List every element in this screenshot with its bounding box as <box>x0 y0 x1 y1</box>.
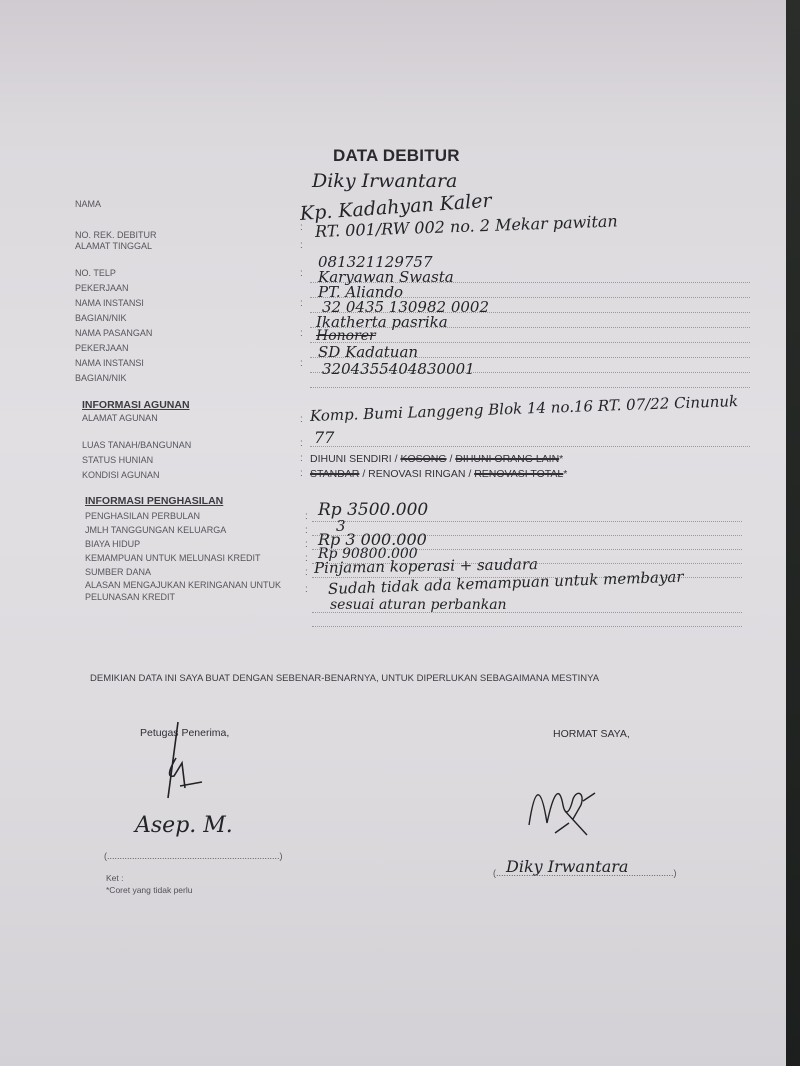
pekerjaan-pasangan-value: Honorer <box>316 328 376 344</box>
label-alamat: ALAMAT TINGGAL <box>75 241 152 251</box>
colon: : <box>305 539 308 550</box>
label-penghasilan-perbulan: PENGHASILAN PERBULAN <box>85 511 200 521</box>
nik-pasangan-value: 3204355404830001 <box>322 360 475 378</box>
label-kemampuan: KEMAMPUAN UNTUK MELUNASI KREDIT <box>85 553 261 563</box>
background-edge <box>786 0 800 1066</box>
colon: : <box>305 511 308 522</box>
label-nama-instansi: NAMA INSTANSI <box>75 298 144 308</box>
dotted-line <box>310 387 750 388</box>
colon: : <box>305 584 308 595</box>
colon: : <box>300 358 303 369</box>
colon: : <box>305 525 308 536</box>
dotted-line <box>310 446 750 447</box>
label-instansi-pasangan: NAMA INSTANSI <box>75 358 144 368</box>
option-dihuni-sendiri: DIHUNI SENDIRI <box>310 453 392 465</box>
section-informasi-agunan: INFORMASI AGUNAN <box>82 399 190 411</box>
colon: : <box>300 468 303 479</box>
debitur-name: Diky Irwantara <box>506 857 628 876</box>
label-kondisi-agunan: KONDISI AGUNAN <box>82 470 160 480</box>
petugas-name-line: (.......................................… <box>104 851 283 861</box>
colon: : <box>300 328 303 339</box>
label-alasan-2: PELUNASAN KREDIT <box>85 592 175 602</box>
label-pekerjaan: PEKERJAAN <box>75 283 129 293</box>
ket-label: Ket : <box>106 873 123 883</box>
label-luas: LUAS TANAH/BANGUNAN <box>82 440 191 450</box>
document-title: DATA DEBITUR <box>333 146 460 166</box>
status-hunian-options: DIHUNI SENDIRI / KOSONG / DIHUNI ORANG L… <box>310 453 563 465</box>
dotted-line <box>312 521 742 522</box>
option-standar: STANDAR <box>310 468 359 480</box>
colon: : <box>300 414 303 425</box>
colon: : <box>300 298 303 309</box>
option-kosong: KOSONG <box>400 453 446 465</box>
petugas-name: Asep. M. <box>135 813 233 838</box>
label-bagian-nik: BAGIAN/NIK <box>75 313 127 323</box>
colon: : <box>300 438 303 449</box>
statement-text: DEMIKIAN DATA INI SAYA BUAT DENGAN SEBEN… <box>90 673 599 684</box>
label-nik-pasangan: BAGIAN/NIK <box>75 373 127 383</box>
option-renovasi-ringan: RENOVASI RINGAN <box>368 468 465 480</box>
penghasilan-value: Rp 3500.000 <box>318 500 428 520</box>
debitur-signature <box>525 775 615 840</box>
nama-value: Diky Irwantara <box>312 170 457 192</box>
label-biaya-hidup: BIAYA HIDUP <box>85 539 140 549</box>
luas-value: 77 <box>314 428 334 447</box>
petugas-signature <box>150 718 220 808</box>
footnote-text: *Coret yang tidak perlu <box>106 885 192 895</box>
label-sumber-dana: SUMBER DANA <box>85 567 151 577</box>
alasan-value-line2: sesuai aturan perbankan <box>330 597 507 613</box>
colon: : <box>300 453 303 464</box>
kondisi-agunan-options: STANDAR / RENOVASI RINGAN / RENOVASI TOT… <box>310 468 567 480</box>
option-renovasi-total: RENOVASI TOTAL <box>474 468 563 480</box>
colon: : <box>300 240 303 251</box>
label-tanggungan: JMLH TANGGUNGAN KELUARGA <box>85 525 226 535</box>
dotted-line <box>312 626 742 627</box>
colon: : <box>305 553 308 564</box>
colon: : <box>300 268 303 279</box>
label-pekerjaan-pasangan: PEKERJAAN <box>75 343 129 353</box>
colon: : <box>305 567 308 578</box>
label-alamat-agunan: ALAMAT AGUNAN <box>82 413 158 423</box>
label-no-rek: NO. REK. DEBITUR <box>75 230 157 240</box>
instansi-pasangan-value: SD Kadatuan <box>318 343 418 361</box>
label-status-hunian: STATUS HUNIAN <box>82 455 153 465</box>
label-no-telp: NO. TELP <box>75 268 116 278</box>
label-nama: NAMA <box>75 199 101 209</box>
label-alasan-1: ALASAN MENGAJUKAN KERINGANAN UNTUK <box>85 580 281 590</box>
hormat-saya-title: HORMAT SAYA, <box>553 728 630 740</box>
section-informasi-penghasilan: INFORMASI PENGHASILAN <box>85 495 223 507</box>
option-dihuni-orang-lain: DIHUNI ORANG LAIN <box>455 453 559 465</box>
label-nama-pasangan: NAMA PASANGAN <box>75 328 152 338</box>
